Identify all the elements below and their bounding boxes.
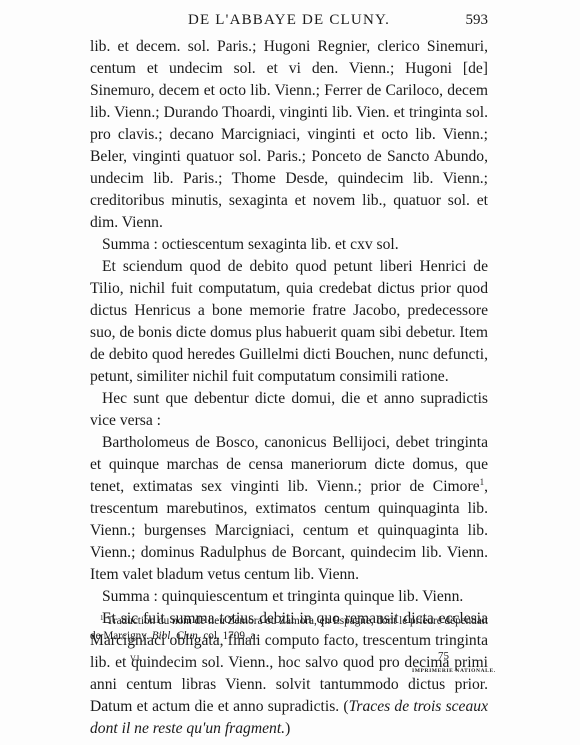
paragraph-summa-1: Summa : octiescentum sexaginta lib. et c… [90, 234, 488, 256]
footnote-1-locator: col. 1709, a. [201, 630, 259, 642]
signature-volume: VI. [130, 654, 143, 663]
footnote-1-text: Traduction du nom de lieu Zemora ou Zamo… [90, 615, 488, 642]
paragraph-summa-2: Summa : quinquiescentum et tringinta qui… [90, 586, 488, 608]
footnotes: 1Traduction du nom de lieu Zemora ou Zam… [90, 614, 488, 644]
paragraph-hec-sunt: Hec sunt que debentur dicte domui, die e… [90, 388, 488, 432]
printer-imprint: IMPRIMERIE NATIONALE. [412, 668, 496, 674]
bartholomeus-text-before-note: Bartholomeus de Bosco, canonicus Bellijo… [90, 434, 488, 495]
document-page: DE L'ABBAYE DE CLUNY. 593 lib. et decem.… [0, 0, 580, 745]
running-title: DE L'ABBAYE DE CLUNY. [90, 12, 488, 29]
footnote-1: 1Traduction du nom de lieu Zemora ou Zam… [90, 614, 488, 644]
paragraph-sciendum: Et sciendum quod de debito quod petunt l… [90, 256, 488, 388]
footnote-marker-1: 1 [100, 614, 104, 622]
running-head: DE L'ABBAYE DE CLUNY. 593 [90, 12, 488, 32]
signature-sheet: 75 [438, 650, 449, 662]
paragraph-continuation: lib. et decem. sol. Paris.; Hugoni Regni… [90, 36, 488, 234]
editorial-note-closing: ) [285, 720, 290, 737]
page-number: 593 [466, 12, 489, 29]
footnote-1-citation: Bibl. Clun. [152, 630, 201, 642]
paragraph-bartholomeus: Bartholomeus de Bosco, canonicus Bellijo… [90, 432, 488, 586]
